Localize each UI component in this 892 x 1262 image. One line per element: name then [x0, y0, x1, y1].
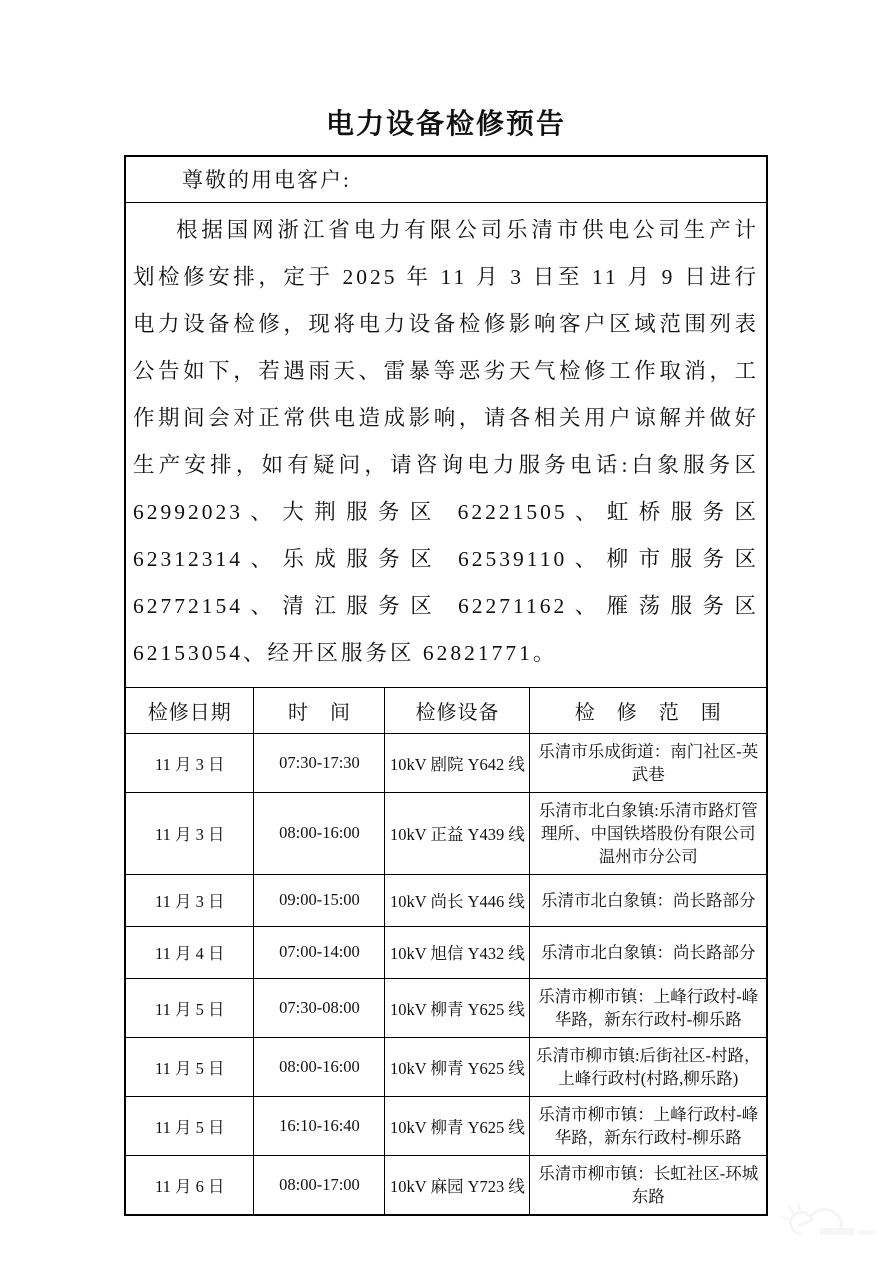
cell-time: 09:00-15:00 [254, 874, 385, 926]
col-header-device: 检修设备 [385, 687, 530, 733]
cell-time: 07:30-08:00 [254, 978, 385, 1037]
cell-date: 11 月 4 日 [125, 926, 254, 978]
table-row: 11 月 4 日 07:00-14:00 10kV 旭信 Y432 线 乐清市北… [125, 926, 767, 978]
cell-range: 乐清市柳市镇：上峰行政村-峰华路，新东行政村-柳乐路 [530, 1096, 767, 1155]
table-row: 11 月 5 日 08:00-16:00 10kV 柳青 Y625 线 乐清市柳… [125, 1037, 767, 1096]
cell-date: 11 月 6 日 [125, 1155, 254, 1215]
table-row: 11 月 3 日 08:00-16:00 10kV 正益 Y439 线 乐清市北… [125, 792, 767, 874]
table-row: 11 月 5 日 07:30-08:00 10kV 柳青 Y625 线 乐清市柳… [125, 978, 767, 1037]
table-row: 11 月 6 日 08:00-17:00 10kV 麻园 Y723 线 乐清市柳… [125, 1155, 767, 1215]
cell-range: 乐清市柳市镇：长虹社区-环城东路 [530, 1155, 767, 1215]
cell-time: 07:00-14:00 [254, 926, 385, 978]
cell-range: 乐清市柳市镇:后街社区-村路，上峰行政村(村路,柳乐路) [530, 1037, 767, 1096]
table-row: 11 月 3 日 07:30-17:30 10kV 剧院 Y642 线 乐清市乐… [125, 733, 767, 792]
table-row: 11 月 3 日 09:00-15:00 10kV 尚长 Y446 线 乐清市北… [125, 874, 767, 926]
cell-device: 10kV 柳青 Y625 线 [385, 1037, 530, 1096]
cell-time: 08:00-17:00 [254, 1155, 385, 1215]
cell-time: 16:10-16:40 [254, 1096, 385, 1155]
cell-date: 11 月 3 日 [125, 733, 254, 792]
cell-device: 10kV 旭信 Y432 线 [385, 926, 530, 978]
greeting-text: 尊敬的用电客户: [125, 156, 767, 202]
cell-device: 10kV 正益 Y439 线 [385, 792, 530, 874]
notice-table: 尊敬的用电客户: 根据国网浙江省电力有限公司乐清市供电公司生产计划检修安排，定于… [124, 155, 768, 1216]
notice-body-row: 根据国网浙江省电力有限公司乐清市供电公司生产计划检修安排，定于 2025 年 1… [125, 202, 767, 687]
cell-range: 乐清市北白象镇：尚长路部分 [530, 926, 767, 978]
cell-device: 10kV 剧院 Y642 线 [385, 733, 530, 792]
col-header-range: 检 修 范 围 [530, 687, 767, 733]
cell-range: 乐清市北白象镇：尚长路部分 [530, 874, 767, 926]
cell-range: 乐清市乐成街道：南门社区-英武巷 [530, 733, 767, 792]
cell-range: 乐清市北白象镇:乐清市路灯管理所、中国铁塔股份有限公司温州市分公司 [530, 792, 767, 874]
col-header-time: 时 间 [254, 687, 385, 733]
cell-device: 10kV 尚长 Y446 线 [385, 874, 530, 926]
cell-date: 11 月 5 日 [125, 1096, 254, 1155]
table-header-row: 检修日期 时 间 检修设备 检 修 范 围 [125, 687, 767, 733]
cell-date: 11 月 3 日 [125, 874, 254, 926]
cell-time: 08:00-16:00 [254, 792, 385, 874]
page-title: 电力设备检修预告 [0, 106, 892, 142]
table-row: 11 月 5 日 16:10-16:40 10kV 柳青 Y625 线 乐清市柳… [125, 1096, 767, 1155]
notice-body-text: 根据国网浙江省电力有限公司乐清市供电公司生产计划检修安排，定于 2025 年 1… [133, 207, 759, 677]
cell-date: 11 月 5 日 [125, 1037, 254, 1096]
col-header-date: 检修日期 [125, 687, 254, 733]
cell-device: 10kV 柳青 Y625 线 [385, 1096, 530, 1155]
cell-device: 10kV 麻园 Y723 线 [385, 1155, 530, 1215]
cell-time: 08:00-16:00 [254, 1037, 385, 1096]
greeting-row: 尊敬的用电客户: [125, 156, 767, 202]
cell-date: 11 月 3 日 [125, 792, 254, 874]
watermark-logo [774, 1196, 884, 1256]
cell-device: 10kV 柳青 Y625 线 [385, 978, 530, 1037]
cell-time: 07:30-17:30 [254, 733, 385, 792]
document-page: 电力设备检修预告 尊敬的用电客户: 根据国网浙江省电力有限公司乐清市供电公司生产… [0, 0, 892, 1216]
cell-date: 11 月 5 日 [125, 978, 254, 1037]
cell-range: 乐清市柳市镇：上峰行政村-峰华路，新东行政村-柳乐路 [530, 978, 767, 1037]
